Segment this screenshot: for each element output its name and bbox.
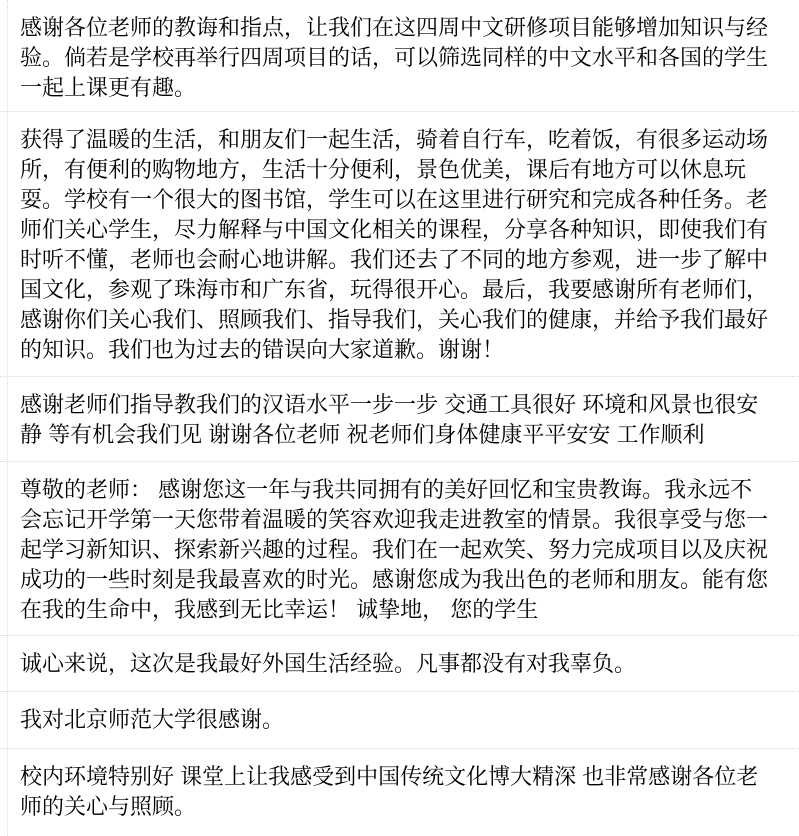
feedback-text-7: 校内环境特别好 课堂上让我感受到中国传统文化博大精深 也非常感谢各位老师的关心与… xyxy=(20,762,774,822)
feedback-text-2: 获得了温暖的生活，和朋友们一起生活，骑着自行车，吃着饭，有很多运动场所，有便利的… xyxy=(20,125,774,365)
feedback-row-5: 诚心来说，这次是我最好外国生活经验。凡事都没有对我辜负。 xyxy=(0,636,799,692)
feedback-row-2: 获得了温暖的生活，和朋友们一起生活，骑着自行车，吃着饭，有很多运动场所，有便利的… xyxy=(0,112,799,377)
feedback-text-4: 尊敬的老师： 感谢您这一年与我共同拥有的美好回忆和宝贵教诲。我永远不会忘记开学第… xyxy=(20,475,774,625)
feedback-row-6: 我对北京师范大学很感谢。 xyxy=(0,692,799,749)
feedback-row-1: 感谢各位老师的教诲和指点，让我们在这四周中文研修项目能够增加知识与经验。倘若是学… xyxy=(0,0,799,112)
column-border-line xyxy=(7,0,8,836)
feedback-row-3: 感谢老师们指导教我们的汉语水平一步一步 交通工具很好 环境和风景也很安静 等有机… xyxy=(0,377,799,462)
feedback-row-4: 尊敬的老师： 感谢您这一年与我共同拥有的美好回忆和宝贵教诲。我永远不会忘记开学第… xyxy=(0,462,799,636)
feedback-text-5: 诚心来说，这次是我最好外国生活经验。凡事都没有对我辜负。 xyxy=(20,649,774,679)
feedback-row-7: 校内环境特别好 课堂上让我感受到中国传统文化博大精深 也非常感谢各位老师的关心与… xyxy=(0,749,799,836)
feedback-text-6: 我对北京师范大学很感谢。 xyxy=(20,705,774,735)
feedback-text-1: 感谢各位老师的教诲和指点，让我们在这四周中文研修项目能够增加知识与经验。倘若是学… xyxy=(20,13,774,103)
feedback-text-3: 感谢老师们指导教我们的汉语水平一步一步 交通工具很好 环境和风景也很安静 等有机… xyxy=(20,390,774,450)
feedback-list: 感谢各位老师的教诲和指点，让我们在这四周中文研修项目能够增加知识与经验。倘若是学… xyxy=(0,0,799,836)
